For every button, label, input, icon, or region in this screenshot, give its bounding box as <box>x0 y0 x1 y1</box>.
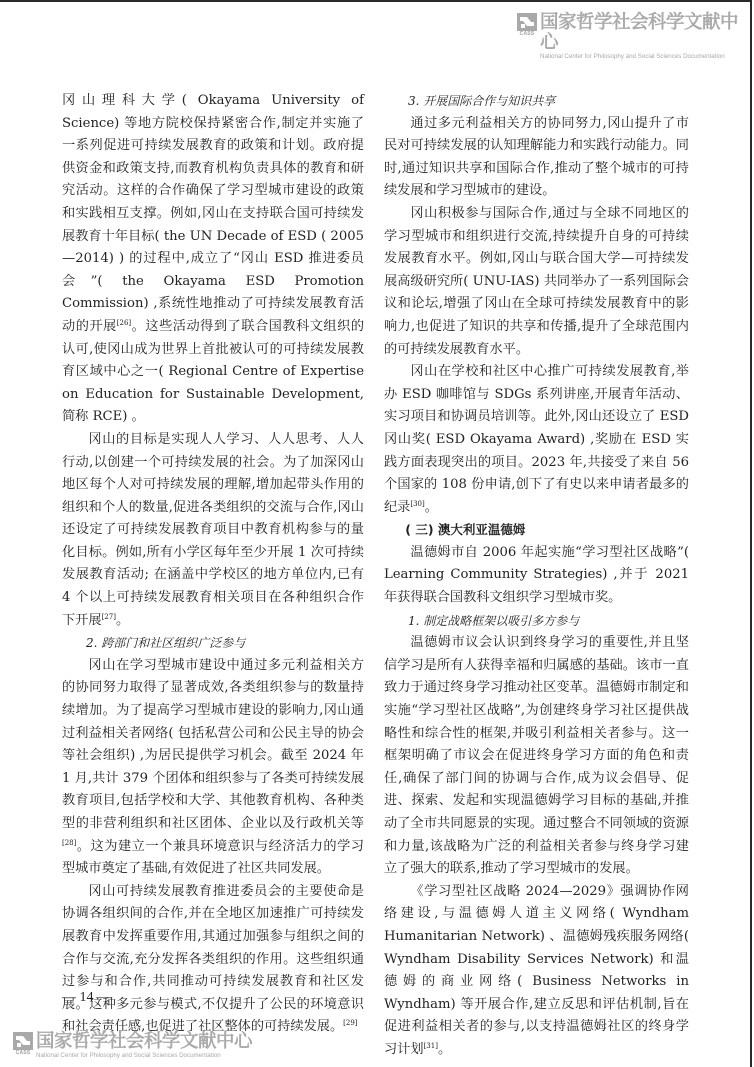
left-column: 冈山理科大学( Okayama University of Science) 等… <box>62 90 364 1039</box>
citation-ref[interactable]: [31] <box>424 1042 438 1050</box>
watermark-title-cn: 国家哲学社会科学文献中心 <box>540 13 750 53</box>
paragraph: 冈山在学习型城市建设中通过多元利益相关方的协同努力取得了显著成效,各类组织参与的… <box>62 655 364 881</box>
page: CASS 国家哲学社会科学文献中心 National Center for Ph… <box>0 0 752 1067</box>
section-heading: ( 三) 澳大利亚温德姆 <box>384 519 689 542</box>
paragraph: 冈山理科大学( Okayama University of Science) 等… <box>62 90 364 429</box>
paragraph: 通过多元利益相关方的协同努力,冈山提升了市民对可持续发展的认知理解能力和实践行动… <box>384 113 689 203</box>
paragraph: 冈山的目标是实现人人学习、人人思考、人人行动,以创建一个可持续发展的社会。为了加… <box>62 429 364 632</box>
citation-ref[interactable]: [30] <box>410 500 424 508</box>
cass-logo: CASS <box>13 1032 33 1056</box>
citation-ref[interactable]: [29] <box>343 1019 357 1027</box>
citation-ref[interactable]: [27] <box>102 613 116 621</box>
watermark-title-cn: 国家哲学社会科学文献中心 <box>36 1032 252 1052</box>
paragraph: 冈山在学校和社区中心推广可持续发展教育,举办 ESD 咖啡馆与 SDGs 系列讲… <box>384 361 689 519</box>
cass-logo-icon <box>13 1032 33 1050</box>
subsection-heading: 3. 开展国际合作与知识共享 <box>384 90 689 113</box>
cass-abbr: CASS <box>16 1050 31 1056</box>
cass-logo-icon <box>517 13 537 31</box>
paragraph: 温德姆市自 2006 年起实施“学习型社区战略”( Learning Commu… <box>384 542 689 610</box>
paragraph: 温德姆市议会认识到终身学习的重要性,并且坚信学习是所有人获得幸福和归属感的基础。… <box>384 632 689 881</box>
paragraph: 冈山积极参与国际合作,通过与全球不同地区的学习型城市和组织进行交流,持续提升自身… <box>384 203 689 361</box>
citation-ref[interactable]: [28] <box>62 839 76 847</box>
citation-ref[interactable]: [26] <box>117 319 131 327</box>
page-number: — 14 — <box>62 990 111 1006</box>
watermark-header: CASS 国家哲学社会科学文献中心 National Center for Ph… <box>517 13 750 60</box>
watermark-footer: CASS 国家哲学社会科学文献中心 National Center for Ph… <box>13 1032 252 1059</box>
watermark-title-en: National Center for Philosophy and Socia… <box>540 53 750 60</box>
paragraph: 冈山可持续发展教育推进委员会的主要使命是协调各组织间的合作,并在全地区加速推广可… <box>62 881 364 1039</box>
cass-abbr: CASS <box>520 31 535 37</box>
subsection-heading: 2. 跨部门和社区组织广泛参与 <box>62 632 364 655</box>
right-column: 3. 开展国际合作与知识共享 通过多元利益相关方的协同努力,冈山提升了市民对可持… <box>384 90 689 1062</box>
paragraph: 《学习型社区战略 2024—2029》强调协作网络建设,与温德姆人道主义网络( … <box>384 881 689 1062</box>
watermark-title-en: National Center for Philosophy and Socia… <box>36 1052 252 1059</box>
cass-logo: CASS <box>517 13 537 37</box>
subsection-heading: 1. 制定战略框架以吸引多方参与 <box>384 610 689 633</box>
